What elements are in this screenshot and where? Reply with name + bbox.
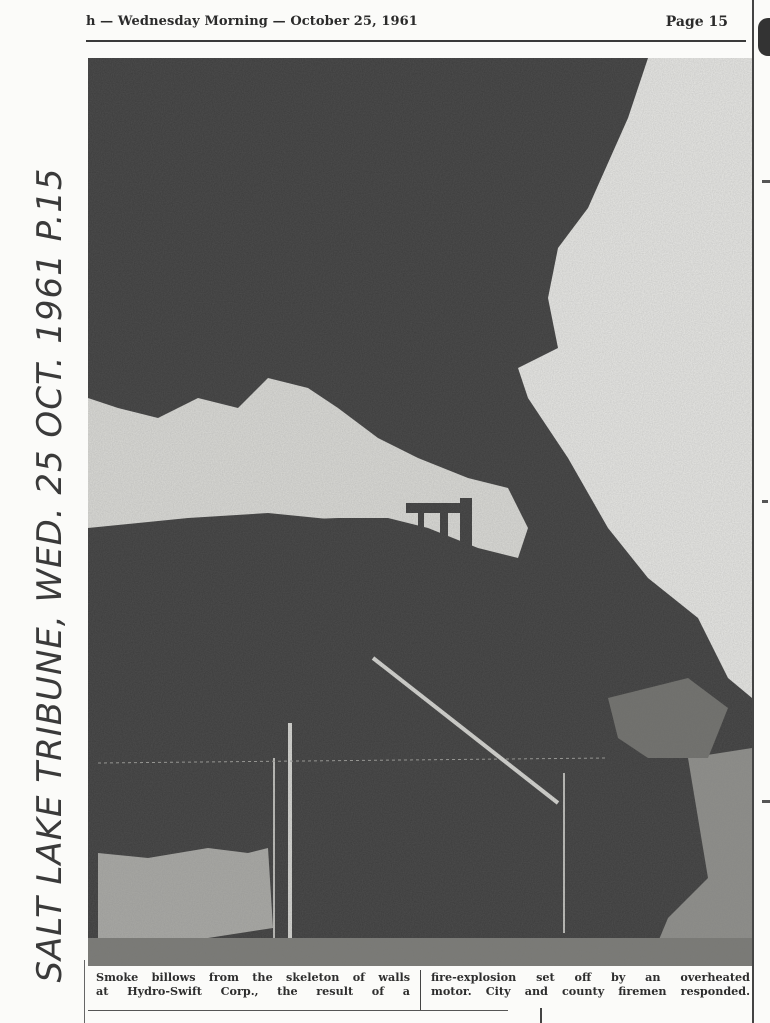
column-divider <box>752 0 754 1023</box>
caption-line: fire-explosion set off by an overheated <box>431 970 750 984</box>
page-number: Page 15 <box>666 14 728 30</box>
handwritten-annotation: SALT LAKE TRIBUNE, WED. 25 OCT. 1961 P.1… <box>20 205 80 945</box>
adjacent-column-fragment <box>762 800 770 803</box>
caption-column-right: fire-explosion set off by an overheated … <box>420 970 752 1010</box>
dateline: h — Wednesday Morning — October 25, 1961 <box>86 14 418 29</box>
caption-line: motor. City and county firemen responded… <box>431 984 750 998</box>
caption-bottom-rule <box>88 1010 508 1011</box>
caption-line: at Hydro-Swift Corp., the result of a <box>96 984 410 998</box>
adjacent-column-fragment <box>762 500 768 503</box>
adjacent-column-fragment <box>758 18 770 56</box>
masthead-rule <box>86 40 746 42</box>
adjacent-column-fragment <box>762 180 770 183</box>
left-column-rule <box>84 960 85 1023</box>
news-photo-fire <box>88 58 752 966</box>
handwritten-citation: SALT LAKE TRIBUNE, WED. 25 OCT. 1961 P.1… <box>30 167 70 982</box>
masthead: h — Wednesday Morning — October 25, 1961… <box>86 12 746 42</box>
photo-caption: Smoke billows from the skeleton of walls… <box>88 970 752 1010</box>
photo-smoke-illustration <box>88 58 752 966</box>
caption-line: Smoke billows from the skeleton of walls <box>96 970 410 984</box>
caption-column-left: Smoke billows from the skeleton of walls… <box>88 970 420 1010</box>
column-rule-fragment <box>540 1008 542 1023</box>
